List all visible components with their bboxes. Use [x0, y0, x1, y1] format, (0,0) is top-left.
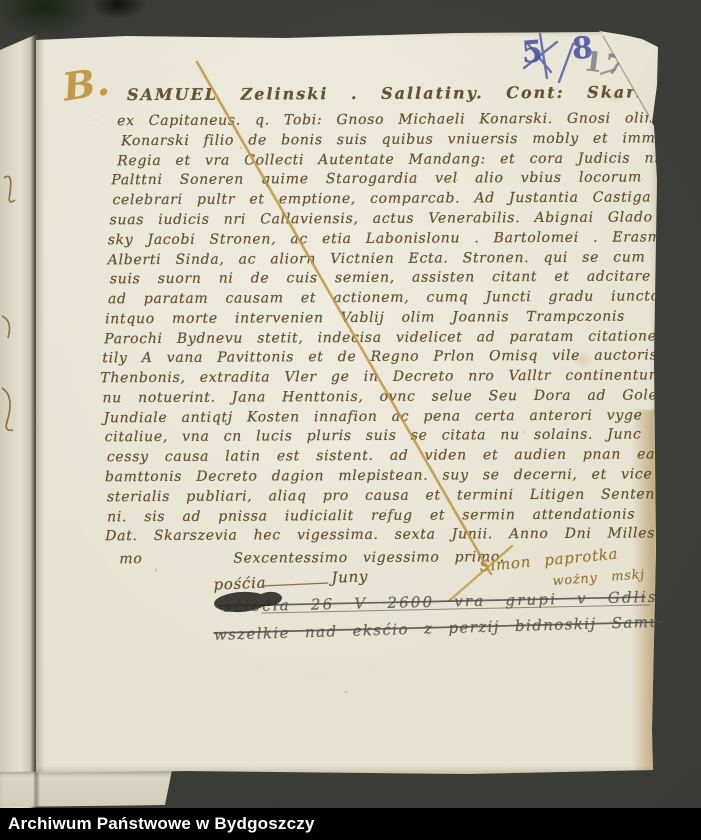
posteria-month: Juny — [331, 567, 368, 586]
manuscript-line: SAMUEL Zelinski . Sallatiny. Cont: Skarz… — [127, 82, 701, 105]
archive-caption-bar: Archiwum Państwowe w Bydgoszczy — [0, 808, 701, 840]
manuscript-line: tily A vana Pavittonis et de Regno Prlon… — [102, 347, 657, 366]
manuscript-line: ad paratam causam et actionem, cumq Junc… — [108, 288, 660, 307]
struck-note-2: wszelkie nad eksćio z perzij bidnoskij S… — [214, 611, 701, 644]
manuscript-line: Alberti Sinda, ac aliorn Victnien Ecta. … — [108, 249, 679, 268]
struck-note-1: sćiećia 26 V 2600 vra grupi v Gdliska — [223, 587, 680, 615]
manuscript-line: ni. sis ad pnissa iudicialit refug et se… — [107, 507, 635, 526]
manuscript-page: SAMUEL Zelinski . Sallatiny. Cont: Skarz… — [36, 30, 658, 774]
manuscript-line: intquo morte intervenien Vablij olim Joa… — [105, 309, 625, 328]
marginal-initial-b: B. — [60, 58, 113, 109]
archive-caption-text: Archiwum Państwowe w Bydgoszczy — [0, 814, 315, 834]
manuscript-line: citaliue, vna cn lucis pluris suis se ci… — [105, 426, 671, 445]
manuscript-text: SAMUEL Zelinski . Sallatiny. Cont: Skarz… — [0, 0, 701, 840]
manuscript-line: suis suorn ni de cuis semien, assisten c… — [110, 268, 651, 287]
underlying-page-corner — [0, 770, 173, 807]
manuscript-line: cessy causa latin est sistent. ad viden … — [107, 446, 675, 465]
manuscript-line: Regia et vra Collecti Autentate Mandang:… — [117, 150, 670, 169]
manuscript-line: Parochi Bydnevu stetit, indecisa videlic… — [104, 328, 671, 347]
manuscript-line: ex Capitaneus. q. Tobi: Gnoso Michaeli K… — [117, 110, 701, 129]
manuscript-line: bamttonis Decreto dagion mlepistean. suy… — [105, 466, 701, 485]
manuscript-line: sterialis publiari, aliaq pro causa et t… — [107, 486, 655, 505]
manuscript-line: Konarski filio de bonis suis quibus vniu… — [121, 130, 690, 149]
signature-title: wożny mskj — [552, 567, 645, 589]
manuscript-line: nu notuerint. Jana Henttonis, ovnc selue… — [102, 387, 657, 406]
manuscript-line: Palttni Soneren quime Starogardia vel al… — [111, 169, 642, 188]
posteria-note: pośćia — [213, 574, 266, 594]
manuscript-line: mo Sexcentessimo vigessimo primo. — [119, 549, 505, 567]
manuscript-line: suas iudicis nri Callaviensis, actus Ven… — [110, 209, 653, 228]
manuscript-line: Thenbonis, extradita Vler ge in Decreto … — [100, 367, 656, 386]
manuscript-line: sky Jacobi Stronen, ac etia Labonislonu … — [108, 229, 667, 248]
manuscript-line: Jundiale antiqtj Kosten innafion ac pena… — [104, 407, 643, 426]
manuscript-line: celebrari pultr et emptione, comparcab. … — [112, 189, 651, 208]
manuscript-line: Dat. Skarszevia hec vigessima. sexta Jun… — [105, 525, 655, 544]
